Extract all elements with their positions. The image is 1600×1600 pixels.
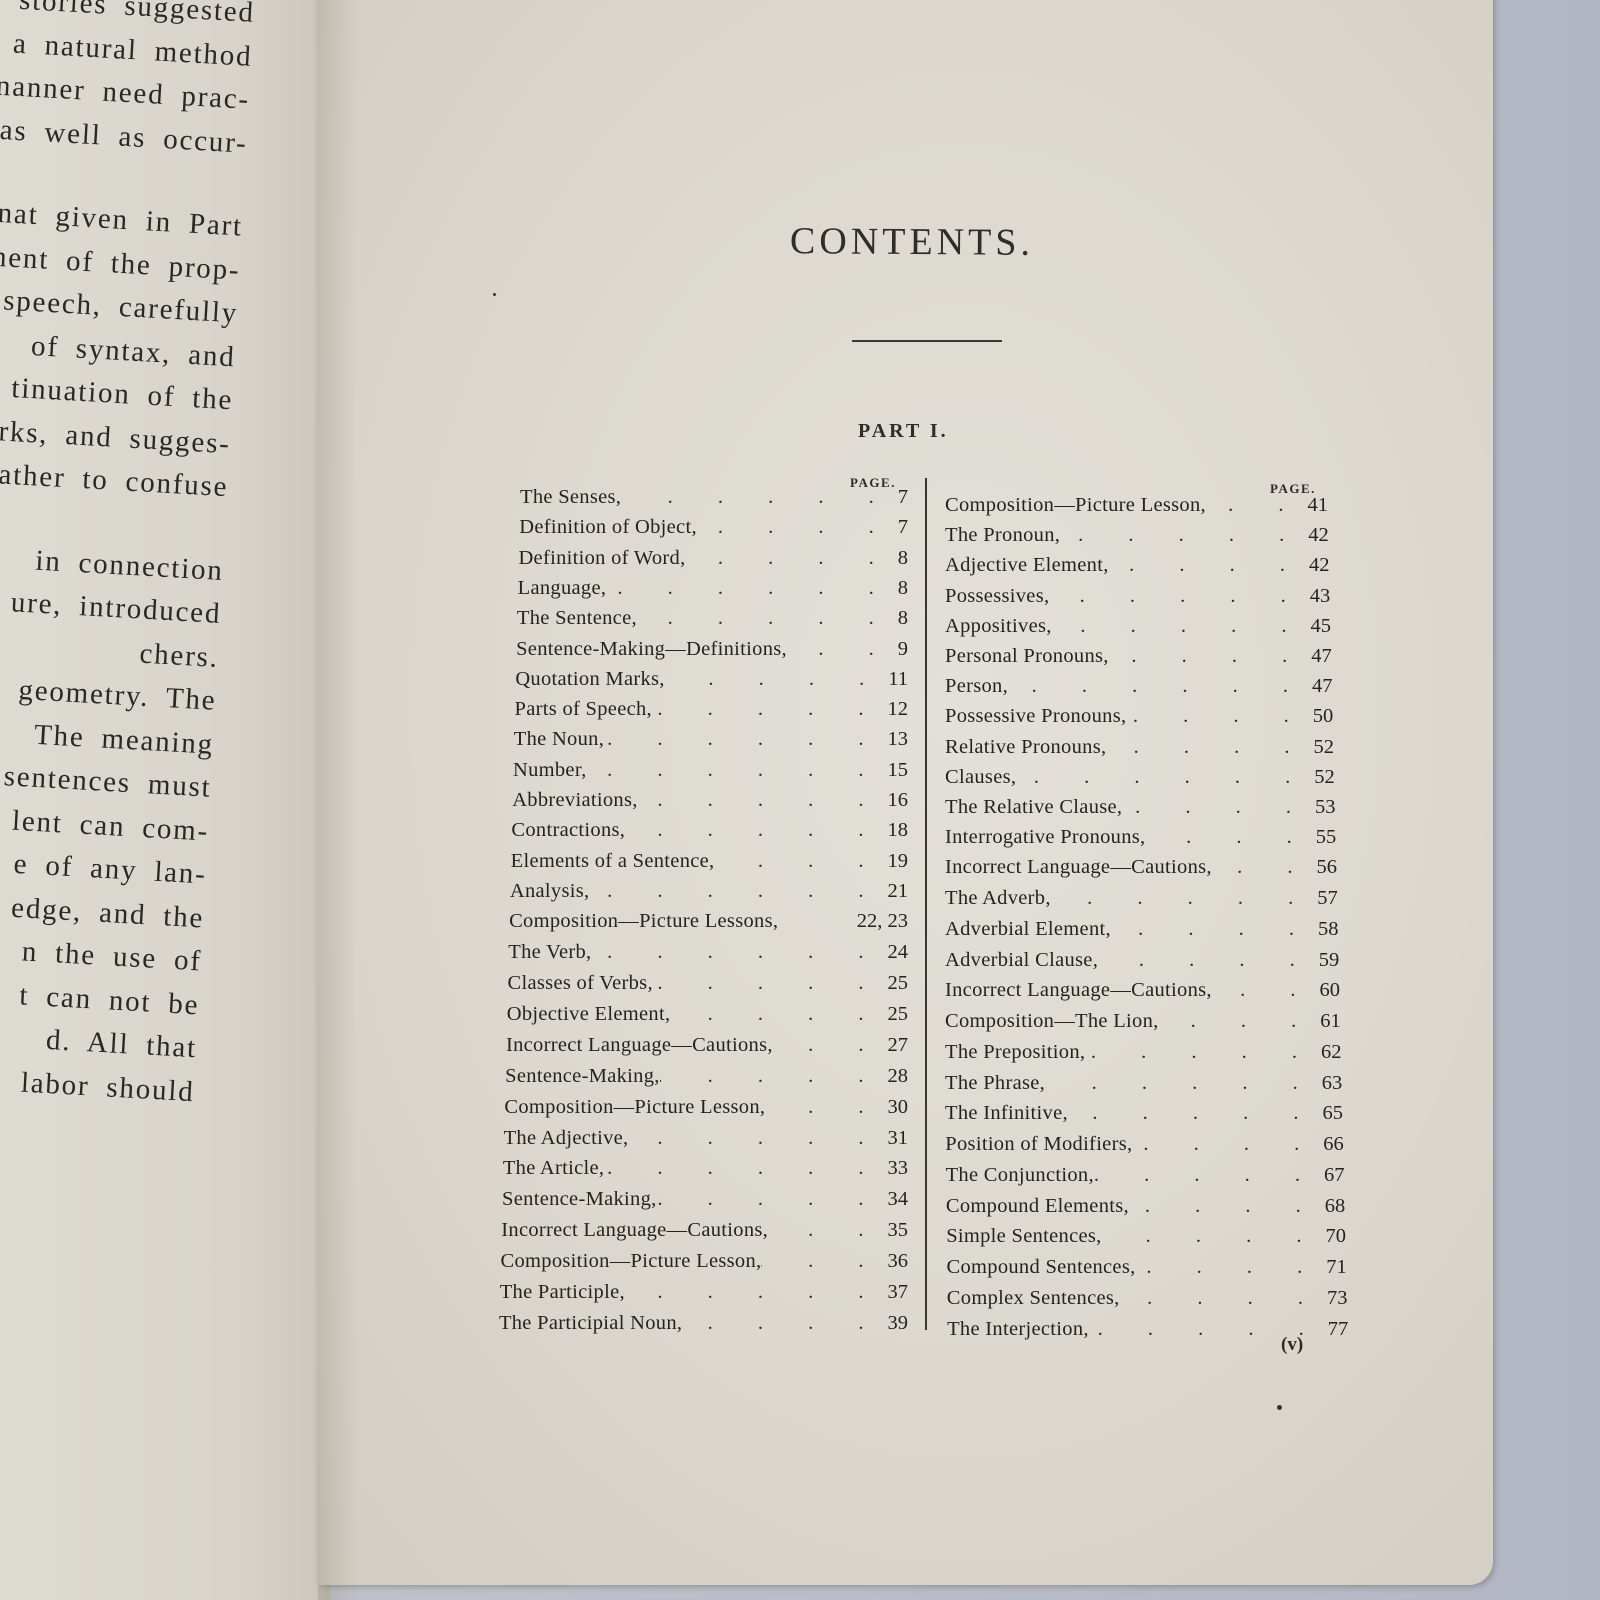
dot-leader: . . . . . . . . . . . . [657, 1188, 888, 1211]
dot-leader: . . . . . . . . . . . . [1008, 675, 1312, 698]
toc-entry-page: 8 [898, 607, 908, 630]
dot-leader: . . . . . . . . . . . . [604, 728, 887, 751]
toc-entry: Incorrect Language—Cautions,. . . . . . … [506, 1034, 908, 1057]
toc-entry-page: 41 [1308, 494, 1329, 517]
toc-entry-title: Complex Sentences, [947, 1287, 1120, 1310]
toc-entry-page: 21 [887, 880, 908, 903]
toc-entry-title: Clauses, [945, 766, 1016, 789]
dot-leader: . . . . . . . . . . . . [787, 638, 898, 661]
toc-entry-page: 77 [1328, 1318, 1349, 1341]
toc-entry: Clauses,. . . . . . . . . . . .52 [945, 766, 1335, 789]
dot-leader: . . . . . . . . . . . . [1102, 1225, 1326, 1248]
toc-entry-title: Language, [518, 577, 607, 600]
toc-entry-title: Incorrect Language—Cautions, [945, 856, 1212, 879]
toc-entry: The Relative Clause,. . . . . . . . . . … [945, 796, 1336, 819]
toc-entry-page: 47 [1312, 675, 1333, 698]
toc-entry: Composition—Picture Lesson,. . . . . . .… [945, 494, 1328, 517]
toc-entry: The Sentence,. . . . . . . . . . . .8 [517, 607, 908, 630]
toc-entry-page: 52 [1314, 766, 1335, 789]
toc-entry: Abbreviations,. . . . . . . . . . . .16 [512, 789, 908, 812]
toc-entry: Quotation Marks,. . . . . . . . . . . .1… [515, 668, 908, 691]
toc-entry: Sentence-Making—Definitions,. . . . . . … [516, 638, 908, 661]
toc-entry-page: 27 [887, 1034, 908, 1057]
toc-entry-page: 31 [887, 1127, 908, 1150]
toc-entry-page: 73 [1327, 1287, 1348, 1310]
toc-entry-page: 56 [1317, 856, 1338, 879]
toc-entry-title: The Participial Noun, [499, 1312, 682, 1335]
toc-entry-page: 62 [1321, 1041, 1342, 1064]
toc-entry-page: 25 [887, 1003, 908, 1026]
dot-leader: . . . . . . . . . . . . [1106, 736, 1313, 759]
toc-entry: Classes of Verbs,. . . . . . . . . . . .… [508, 972, 908, 995]
dot-leader: . . . . . . . . . . . . [1098, 949, 1319, 972]
toc-entry-page: 34 [887, 1188, 908, 1211]
toc-entry-title: Compound Elements, [946, 1195, 1129, 1218]
toc-entry-page: 63 [1322, 1072, 1343, 1095]
toc-entry-title: Composition—Picture Lesson, [501, 1250, 762, 1273]
dot-leader: . . . . . . . . . . . . [1122, 796, 1315, 819]
toc-entry: The Verb,. . . . . . . . . . . .24 [508, 941, 908, 964]
toc-entry: Elements of a Sentence,. . . . . . . . .… [511, 850, 908, 873]
dot-leader: . . . . . . . . . . . . [660, 1065, 888, 1088]
dot-leader: . . . . . . . . . . . . [1109, 554, 1309, 577]
part-heading: PART I. [858, 420, 949, 443]
dot-leader: . . . . . . . . . . . . [1126, 705, 1312, 728]
toc-entry-title: Person, [945, 675, 1008, 698]
toc-entry-title: Objective Element, [507, 1003, 671, 1026]
toc-entry-page: 71 [1326, 1256, 1347, 1279]
toc-entry-page: 37 [887, 1281, 908, 1304]
toc-entry: Parts of Speech,. . . . . . . . . . . .1… [515, 698, 908, 721]
toc-entry-title: Sentence-Making—Definitions, [516, 638, 787, 661]
toc-entry-page: 42 [1308, 524, 1329, 547]
toc-entry: The Noun,. . . . . . . . . . . .13 [514, 728, 908, 751]
toc-entry-title: The Verb, [508, 941, 591, 964]
toc-entry: Possessive Pronouns,. . . . . . . . . . … [945, 705, 1333, 728]
toc-entry-title: The Phrase, [945, 1072, 1045, 1095]
toc-entry: Analysis,. . . . . . . . . . . .21 [510, 880, 908, 903]
toc-entry: Definition of Object,. . . . . . . . . .… [519, 516, 908, 539]
toc-entry: Composition—Picture Lesson,. . . . . . .… [504, 1096, 908, 1119]
page-title: CONTENTS. [790, 219, 1034, 265]
toc-entry: Language,. . . . . . . . . . . .8 [518, 577, 908, 600]
toc-entry-page: 15 [887, 759, 908, 782]
paper-speck [1277, 1405, 1282, 1410]
dot-leader: . . . . . . . . . . . . [1212, 856, 1317, 879]
toc-entry: The Adverb,. . . . . . . . . . . .57 [945, 887, 1338, 910]
dot-leader: . . . . . . . . . . . . [1132, 1133, 1323, 1156]
toc-entry-page: 43 [1310, 585, 1331, 608]
toc-entry-page: 45 [1311, 615, 1332, 638]
dot-leader: . . . . . . . . . . . . [1049, 585, 1309, 608]
dot-leader: . . . . . . . . . . . . [1085, 1041, 1321, 1064]
toc-entry: The Pronoun,. . . . . . . . . . . .42 [945, 524, 1329, 547]
toc-entry-title: The Senses, [520, 486, 621, 509]
dot-leader: . . . . . . . . . . . . [1212, 979, 1320, 1002]
toc-entry-title: Incorrect Language—Cautions, [501, 1219, 768, 1242]
toc-entry: Personal Pronouns,. . . . . . . . . . . … [945, 645, 1332, 668]
toc-entry: Number,. . . . . . . . . . . .15 [513, 759, 908, 782]
toc-entry: The Senses,. . . . . . . . . . . .7 [520, 486, 908, 509]
toc-entry: Position of Modifiers,. . . . . . . . . … [945, 1133, 1343, 1156]
toc-entry: Objective Element,. . . . . . . . . . . … [507, 1003, 908, 1026]
toc-entry-title: Composition—The Lion, [945, 1010, 1159, 1033]
toc-entry: The Infinitive,. . . . . . . . . . . .65 [945, 1102, 1343, 1125]
book-photo: stories suggesteda natural methodnanner … [0, 0, 1600, 1600]
toc-entry-title: Classes of Verbs, [508, 972, 653, 995]
toc-entry: Composition—The Lion,. . . . . . . . . .… [945, 1010, 1341, 1033]
toc-entry-page: 12 [887, 698, 908, 721]
dot-leader: . . . . . . . . . . . . [589, 880, 887, 903]
dot-leader: . . . . . . . . . . . . [653, 972, 888, 995]
toc-entry-title: Position of Modifiers, [945, 1133, 1132, 1156]
toc-entry-title: Adverbial Element, [945, 918, 1111, 941]
toc-entry-page: 18 [887, 819, 908, 842]
toc-entry-page: 33 [887, 1157, 908, 1180]
dot-leader: . . . . . . . . . . . . [1045, 1072, 1322, 1095]
toc-entry: Definition of Word,. . . . . . . . . . .… [518, 547, 908, 570]
page-folio: (v) [1281, 1334, 1303, 1356]
toc-entry-title: Sentence-Making, [502, 1188, 657, 1211]
toc-entry-page: 24 [887, 941, 908, 964]
toc-entry-title: The Adverb, [945, 887, 1051, 910]
title-rule-divider [852, 340, 1002, 342]
toc-entry-title: Quotation Marks, [515, 668, 664, 691]
toc-entry: Adverbial Clause,. . . . . . . . . . . .… [945, 949, 1339, 972]
toc-entry-page: 42 [1309, 554, 1330, 577]
toc-entry: Possessives,. . . . . . . . . . . .43 [945, 585, 1330, 608]
toc-entry-title: Abbreviations, [512, 789, 637, 812]
toc-entry-page: 65 [1323, 1102, 1344, 1125]
dot-leader: . . . . . . . . . . . . [1206, 494, 1308, 517]
dot-leader: . . . . . . . . . . . . [1016, 766, 1314, 789]
toc-entry-page: 22, 23 [857, 910, 908, 933]
toc-entry-title: Appositives, [945, 615, 1052, 638]
paper-speck [493, 293, 496, 296]
dot-leader: . . . . . . . . . . . . [1136, 1256, 1327, 1279]
left-page: stories suggesteda natural methodnanner … [0, 0, 330, 1600]
toc-entry-page: 50 [1313, 705, 1334, 728]
toc-entry-page: 66 [1323, 1133, 1344, 1156]
toc-entry-page: 35 [887, 1219, 908, 1242]
toc-entry-page: 7 [898, 486, 908, 509]
toc-entry-page: 13 [887, 728, 908, 751]
toc-entry: Adjective Element,. . . . . . . . . . . … [945, 554, 1330, 577]
toc-entry-title: The Sentence, [517, 607, 637, 630]
toc-entry-title: Incorrect Language—Cautions, [506, 1034, 773, 1057]
toc-entry: Complex Sentences,. . . . . . . . . . . … [947, 1287, 1348, 1310]
toc-entry-page: 70 [1325, 1225, 1346, 1248]
toc-entry-page: 58 [1318, 918, 1339, 941]
dot-leader: . . . . . . . . . . . . [1159, 1010, 1321, 1033]
dot-leader: . . . . . . . . . . . . [1060, 524, 1308, 547]
toc-entry: The Preposition,. . . . . . . . . . . .6… [945, 1041, 1342, 1064]
dot-leader: . . . . . . . . . . . . [686, 547, 898, 570]
dot-leader: . . . . . . . . . . . . [773, 1034, 888, 1057]
toc-entry-page: 67 [1324, 1164, 1345, 1187]
toc-entry: Incorrect Language—Cautions,. . . . . . … [945, 979, 1340, 1002]
toc-entry-page: 68 [1325, 1195, 1346, 1218]
toc-entry-title: The Preposition, [945, 1041, 1085, 1064]
toc-entry-title: The Infinitive, [945, 1102, 1068, 1125]
dot-leader: . . . . . . . . . . . . [652, 698, 888, 721]
toc-entry-page: 36 [888, 1250, 909, 1273]
toc-entry-page: 39 [887, 1312, 908, 1335]
dot-leader: . . . . . . . . . . . . [665, 668, 889, 691]
toc-entry-title: The Participle, [500, 1281, 625, 1304]
dot-leader: . . . . . . . . . . . . [629, 1127, 888, 1150]
toc-entry-title: The Article, [503, 1157, 605, 1180]
dot-leader: . . . . . . . . . . . . [1120, 1287, 1327, 1310]
toc-entry-title: Number, [513, 759, 587, 782]
toc-entry: Relative Pronouns,. . . . . . . . . . . … [945, 736, 1334, 759]
toc-entry-title: Composition—Picture Lesson, [504, 1096, 765, 1119]
toc-entry: Incorrect Language—Cautions,. . . . . . … [945, 856, 1337, 879]
toc-entry-page: 52 [1314, 736, 1335, 759]
toc-entry-page: 55 [1316, 826, 1337, 849]
dot-leader: . . . . . . . . . . . . [606, 577, 897, 600]
dot-leader: . . . . . . . . . . . . [625, 1281, 888, 1304]
toc-entry: The Conjunction,. . . . . . . . . . . .6… [946, 1164, 1345, 1187]
toc-entry: Sentence-Making,. . . . . . . . . . . .2… [505, 1065, 908, 1088]
dot-leader: . . . . . . . . . . . . [1129, 1195, 1325, 1218]
toc-entry-title: The Relative Clause, [945, 796, 1122, 819]
toc-entry-page: 57 [1317, 887, 1338, 910]
toc-entry-title: Relative Pronouns, [945, 736, 1106, 759]
toc-entry-title: Adjective Element, [945, 554, 1109, 577]
toc-entry-page: 60 [1320, 979, 1341, 1002]
dot-leader: . . . . . . . . . . . . [1068, 1102, 1323, 1125]
toc-entry-title: The Conjunction, [946, 1164, 1094, 1187]
toc-entry-title: The Pronoun, [945, 524, 1060, 547]
toc-entry-page: 28 [887, 1065, 908, 1088]
dot-leader: . . . . . . . . . . . . [1145, 826, 1315, 849]
toc-entry-title: Compound Sentences, [947, 1256, 1136, 1279]
dot-leader: . . . . . . . . . . . . [1111, 918, 1318, 941]
toc-entry-title: Definition of Object, [519, 516, 697, 539]
dot-leader: . . . . . . . . . . . . [1051, 887, 1317, 910]
toc-entry-title: Composition—Picture Lesson, [945, 494, 1206, 517]
dot-leader: . . . . . . . . . . . . [591, 941, 887, 964]
toc-entry-page: 8 [898, 547, 908, 570]
toc-entry-title: Possessive Pronouns, [945, 705, 1126, 728]
toc-entry-title: The Noun, [514, 728, 604, 751]
toc-entry: Person,. . . . . . . . . . . .47 [945, 675, 1333, 698]
toc-entry-title: Analysis, [510, 880, 590, 903]
toc-entry-page: 30 [887, 1096, 908, 1119]
toc-entry-page: 11 [888, 668, 908, 691]
toc-entry-page: 19 [887, 850, 908, 873]
dot-leader: . . . . . . . . . . . . [1052, 615, 1311, 638]
toc-entry-title: The Adjective, [504, 1127, 629, 1150]
toc-entry: Contractions,. . . . . . . . . . . .18 [511, 819, 908, 842]
dot-leader: . . . . . . . . . . . . [697, 516, 898, 539]
toc-entry: Incorrect Language—Cautions,. . . . . . … [501, 1219, 908, 1242]
dot-leader: . . . . . . . . . . . . [682, 1312, 887, 1335]
toc-entry-page: 25 [887, 972, 908, 995]
dot-leader: . . . . . . . . . . . . [604, 1157, 887, 1180]
toc-entry-title: Sentence-Making, [505, 1065, 660, 1088]
toc-entry-title: Adverbial Clause, [945, 949, 1098, 972]
dot-leader: . . . . . . . . . . . . [1094, 1164, 1324, 1187]
toc-entry: The Phrase,. . . . . . . . . . . .63 [945, 1072, 1342, 1095]
toc-entry-title: Definition of Word, [518, 547, 685, 570]
dot-leader: . . . . . . . . . . . . [621, 486, 898, 509]
toc-entry: Interrogative Pronouns,. . . . . . . . .… [945, 826, 1336, 849]
dot-leader: . . . . . . . . . . . . [765, 1096, 887, 1119]
dot-leader: . . . . . . . . . . . . [768, 1219, 887, 1242]
toc-entry-title: Simple Sentences, [946, 1225, 1101, 1248]
toc-entry: Compound Elements,. . . . . . . . . . . … [946, 1195, 1345, 1218]
toc-entry-title: Personal Pronouns, [945, 645, 1109, 668]
toc-entry: Adverbial Element,. . . . . . . . . . . … [945, 918, 1339, 941]
toc-entry: The Participle,. . . . . . . . . . . .37 [500, 1281, 908, 1304]
toc-entry: Composition—Picture Lesson,. . . . . . .… [501, 1250, 909, 1273]
toc-entry: Sentence-Making,. . . . . . . . . . . .3… [502, 1188, 908, 1211]
toc-entry-title: The Interjection, [947, 1318, 1089, 1341]
toc-entry-page: 59 [1319, 949, 1340, 972]
toc-entry-title: Composition—Picture Lessons, [509, 910, 778, 933]
dot-leader: . . . . . . . . . . . . [625, 819, 887, 842]
toc-entry: The Adjective,. . . . . . . . . . . .31 [504, 1127, 908, 1150]
toc-entry: The Article,. . . . . . . . . . . .33 [503, 1157, 908, 1180]
toc-entry-page: 61 [1320, 1010, 1341, 1033]
toc-entry: Composition—Picture Lessons,22, 23 [509, 910, 908, 933]
left-page-text: stories suggesteda natural methodnanner … [0, 0, 256, 1114]
toc-entry-page: 8 [898, 577, 908, 600]
toc-entry-title: Contractions, [511, 819, 625, 842]
dot-leader: . . . . . . . . . . . . [714, 850, 887, 873]
dot-leader: . . . . . . . . . . . . [587, 759, 888, 782]
toc-entry: Compound Sentences,. . . . . . . . . . .… [947, 1256, 1347, 1279]
toc-entry-page: 47 [1311, 645, 1332, 668]
column-divider [925, 478, 927, 1330]
toc-entry: Appositives,. . . . . . . . . . . .45 [945, 615, 1331, 638]
toc-entry-title: Parts of Speech, [515, 698, 652, 721]
toc-entry-page: 7 [898, 516, 908, 539]
toc-entry: Simple Sentences,. . . . . . . . . . . .… [946, 1225, 1346, 1248]
toc-entry-page: 9 [898, 638, 908, 661]
toc-entry-page: 16 [887, 789, 908, 812]
toc-entry-title: Elements of a Sentence, [511, 850, 715, 873]
toc-entry-page: 53 [1315, 796, 1336, 819]
dot-leader: . . . . . . . . . . . . [1109, 645, 1312, 668]
toc-entry-title: Interrogative Pronouns, [945, 826, 1145, 849]
dot-leader: . . . . . . . . . . . . [638, 789, 888, 812]
dot-leader: . . . . . . . . . . . . [761, 1250, 887, 1273]
toc-entry: The Participial Noun,. . . . . . . . . .… [499, 1312, 908, 1335]
toc-entry-title: Possessives, [945, 585, 1049, 608]
toc-entry-title: Incorrect Language—Cautions, [945, 979, 1212, 1002]
dot-leader: . . . . . . . . . . . . [670, 1003, 887, 1026]
dot-leader: . . . . . . . . . . . . [637, 607, 898, 630]
